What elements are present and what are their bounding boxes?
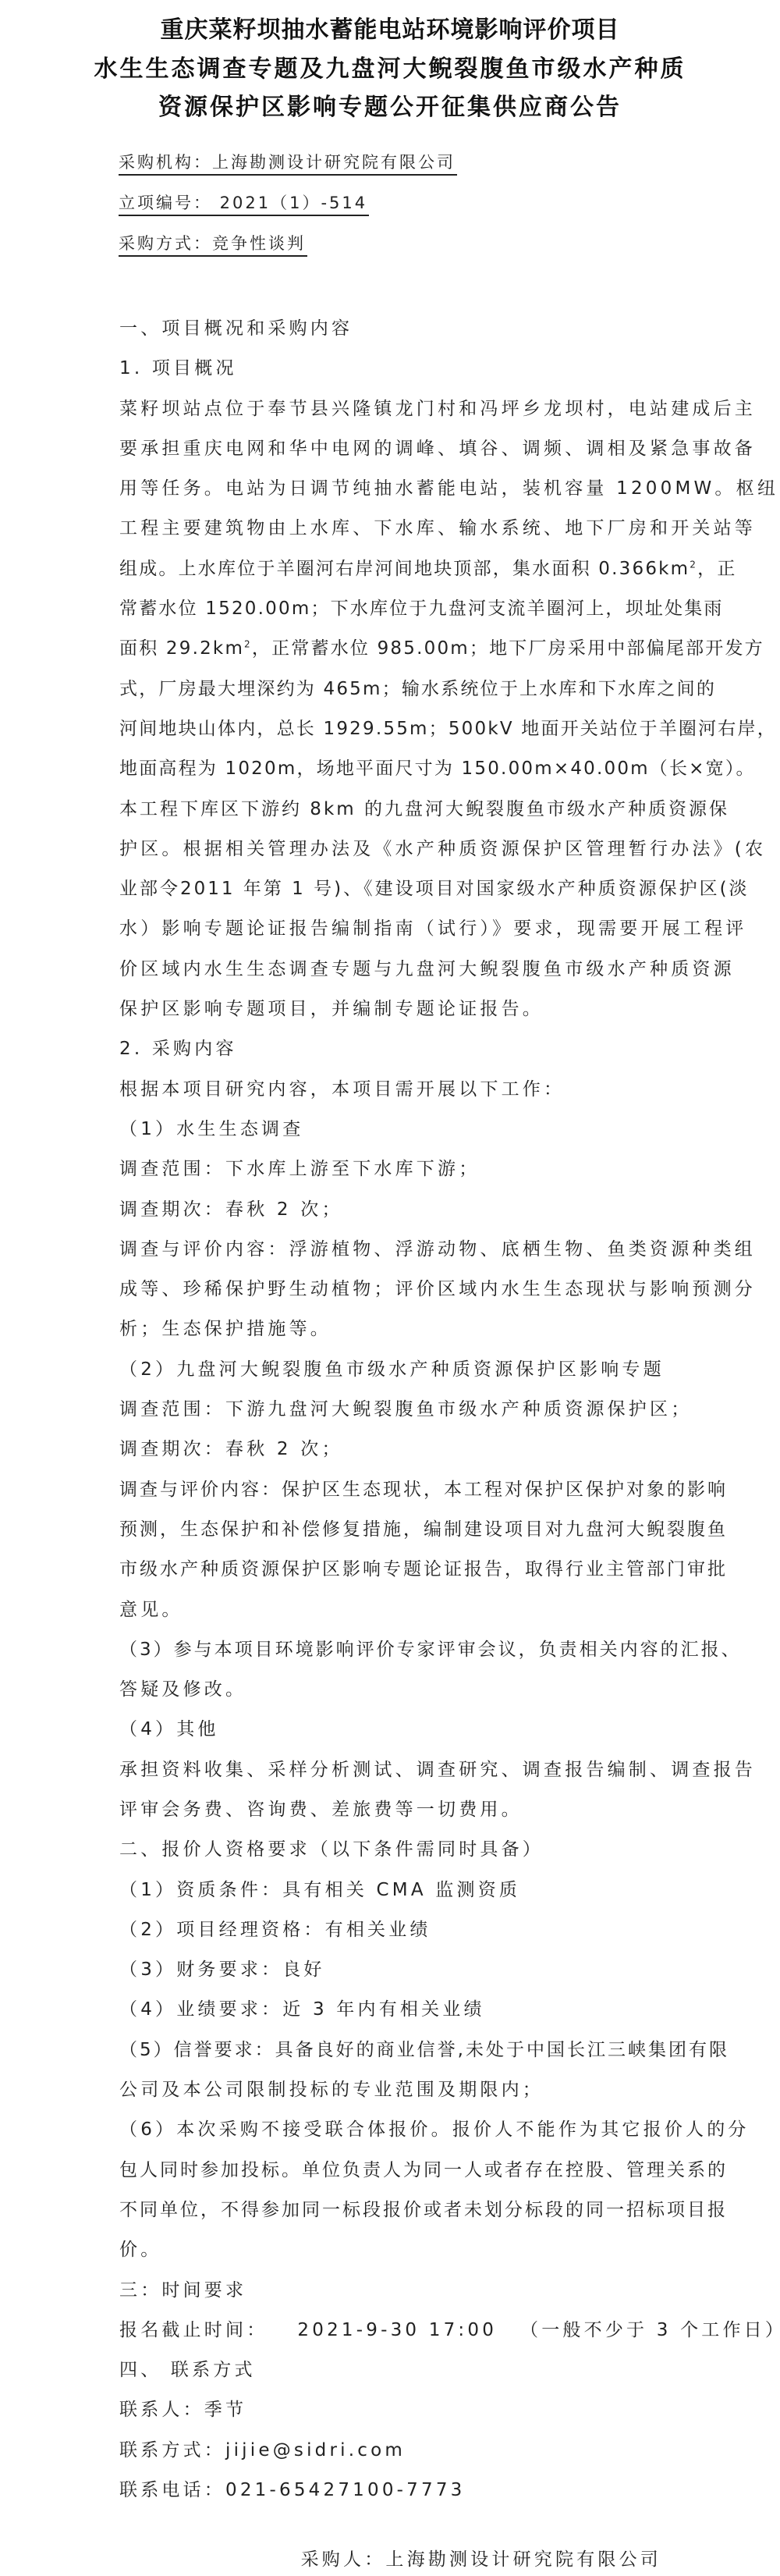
qualification-item6-line: 价。: [119, 2230, 665, 2270]
overview-line: 业部令2011 年第 1 号)、《建设项目对国家级水产种质资源保护区(淡: [119, 869, 665, 909]
item1-heading: （1）水生生态调查: [119, 1110, 665, 1149]
item3-line: （3）参与本项目环境影响评价专家评审会议，负责相关内容的汇报、: [119, 1630, 665, 1670]
qualification-item6-line: （6）本次采购不接受联合体报价。报价人不能作为其它报价人的分: [119, 2110, 665, 2150]
overview-line: 面积 29.2km2，正常蓄水位 985.00m；地下厂房采用中部偏尾部开发方: [119, 629, 665, 669]
title-line-1: 重庆菜籽坝抽水蓄能电站环境影响评价项目: [0, 11, 780, 50]
overview-line: 常蓄水位 1520.00m；下水库位于九盘河支流羊圈河上，坝址处集雨: [119, 589, 665, 629]
superscript-2: 2: [244, 639, 252, 650]
contact-person: 联系人：季节: [119, 2390, 665, 2430]
overview-line: 水）影响专题论证报告编制指南（试行）》要求，现需要开展工程评: [119, 909, 665, 949]
overview-line: 用等任务。电站为日调节纯抽水蓄能电站，装机容量 1200MW。枢纽: [119, 469, 665, 509]
item2-heading: （2）九盘河大鲵裂腹鱼市级水产种质资源保护区影响专题: [119, 1350, 665, 1390]
overview-line: 护区。根据相关管理办法及《水产种质资源保护区管理暂行办法》(农: [119, 830, 665, 869]
title-line-3: 资源保护区影响专题公开征集供应商公告: [0, 88, 780, 126]
subheading-project-overview: 1. 项目概况: [119, 349, 665, 389]
item1-content-line: 调查与评价内容：浮游植物、浮游动物、底栖生物、鱼类资源种类组: [119, 1230, 665, 1270]
announcement-page: 重庆菜籽坝抽水蓄能电站环境影响评价项目 水生生态调查专题及九盘河大鲵裂腹鱼市级水…: [0, 0, 780, 2576]
procurement-method-field: 采购方式：竞争性谈判: [119, 232, 307, 257]
item2-period: 调查期次：春秋 2 次；: [119, 1430, 665, 1469]
qualification-item5-line: （5）信誉要求：具备良好的商业信誉,未处于中国长江三峡集团有限: [119, 2031, 665, 2070]
item1-content-line: 析；生态保护措施等。: [119, 1309, 665, 1349]
deadline-note: （一般不少于 3 个工作日）: [520, 2320, 780, 2340]
deadline-value: 2021-9-30 17:00: [297, 2320, 497, 2340]
overview-line: 式，厂房最大埋深约为 465m；输水系统位于上水库和下水库之间的: [119, 670, 665, 709]
title-line-2: 水生生态调查专题及九盘河大鲵裂腹鱼市级水产种质: [0, 50, 780, 88]
section-heading-time: 三：时间要求: [119, 2271, 665, 2311]
qualification-item5-line: 公司及本公司限制投标的专业范围及期限内；: [119, 2070, 665, 2110]
overview-line: 保护区影响专题项目，并编制专题论证报告。: [119, 990, 665, 1029]
item2-scope: 调查范围：下游九盘河大鲵裂腹鱼市级水产种质资源保护区；: [119, 1390, 665, 1430]
item1-scope: 调查范围：下水库上游至下水库下游；: [119, 1149, 665, 1189]
subheading-procurement-content: 2. 采购内容: [119, 1029, 665, 1069]
overview-line: 组成。上水库位于羊圈河右岸河间地块顶部，集水面积 0.366km2，正: [119, 549, 665, 589]
section-heading-overview: 一、项目概况和采购内容: [119, 309, 665, 349]
qualification-item: （1）资质条件：具有相关 CMA 监测资质: [119, 1871, 665, 1910]
qualification-item6-line: 不同单位，不得参加同一标段报价或者未划分标段的同一招标项目报: [119, 2190, 665, 2230]
item2-content-line: 意见。: [119, 1590, 665, 1630]
qualification-item: （3）财务要求：良好: [119, 1950, 665, 1990]
item4-heading: （4）其他: [119, 1710, 665, 1750]
item2-content-line: 预测，生态保护和补偿修复措施，编制建设项目对九盘河大鲵裂腹鱼: [119, 1510, 665, 1550]
purchaser-field: 采购机构：上海勘测设计研究院有限公司: [119, 151, 457, 176]
project-number-field: 立项编号： 2021（1）-514: [119, 191, 369, 216]
item4-content-line: 承担资料收集、采样分析测试、调查研究、调查报告编制、调查报告: [119, 1750, 665, 1790]
section-heading-qualifications: 二、报价人资格要求（以下条件需同时具备）: [119, 1830, 665, 1870]
overview-line: 要承担重庆电网和华中电网的调峰、填谷、调频、调相及紧急事故备: [119, 429, 665, 469]
superscript-2: 2: [690, 559, 697, 570]
contact-email[interactable]: 联系方式：jijie@sidri.com: [119, 2431, 665, 2471]
overview-line: 本工程下库区下游约 8km 的九盘河大鲵裂腹鱼市级水产种质资源保: [119, 790, 665, 830]
item1-content-line: 成等、珍稀保护野生动植物；评价区域内水生生态现状与影响预测分: [119, 1270, 665, 1309]
overview-line: 工程主要建筑物由上水库、下水库、输水系统、地下厂房和开关站等: [119, 509, 665, 549]
qualification-item6-line: 包人同时参加投标。单位负责人为同一人或者存在控股、管理关系的: [119, 2151, 665, 2190]
item3-line: 答疑及修改。: [119, 1670, 665, 1710]
deadline-row: 报名截止时间：2021-9-30 17:00（一般不少于 3 个工作日）: [119, 2311, 665, 2350]
overview-line: 河间地块山体内，总长 1929.55m；500kV 地面开关站位于羊圈河右岸，: [119, 709, 665, 749]
item2-content-line: 调查与评价内容：保护区生态现状，本工程对保护区保护对象的影响: [119, 1470, 665, 1510]
document-title: 重庆菜籽坝抽水蓄能电站环境影响评价项目 水生生态调查专题及九盘河大鲵裂腹鱼市级水…: [0, 11, 780, 126]
section-heading-contact: 四、 联系方式: [119, 2350, 665, 2390]
qualification-item: （2）项目经理资格：有相关业绩: [119, 1910, 665, 1950]
deadline-label: 报名截止时间：: [119, 2320, 268, 2340]
item4-content-line: 评审会务费、咨询费、差旅费等一切费用。: [119, 1790, 665, 1830]
signature-purchaser: 采购人：上海勘测设计研究院有限公司: [301, 2546, 661, 2574]
procurement-intro: 根据本项目研究内容，本项目需开展以下工作：: [119, 1070, 665, 1110]
item1-period: 调查期次：春秋 2 次；: [119, 1190, 665, 1230]
qualification-item: （4）业绩要求：近 3 年内有相关业绩: [119, 1990, 665, 2030]
contact-phone: 联系电话：021-65427100-7773: [119, 2471, 665, 2510]
procurement-meta: 采购机构：上海勘测设计研究院有限公司 立项编号： 2021（1）-514 采购方…: [119, 151, 457, 272]
overview-line: 价区域内水生生态调查专题与九盘河大鲵裂腹鱼市级水产种质资源: [119, 950, 665, 990]
item2-content-line: 市级水产种质资源保护区影响专题论证报告，取得行业主管部门审批: [119, 1550, 665, 1590]
announcement-body: 一、项目概况和采购内容 1. 项目概况 菜籽坝站点位于奉节县兴隆镇龙门村和冯坪乡…: [119, 309, 665, 2510]
overview-line: 地面高程为 1020m，场地平面尺寸为 150.00m×40.00m（长×宽）。: [119, 749, 665, 789]
overview-line: 菜籽坝站点位于奉节县兴隆镇龙门村和冯坪乡龙坝村，电站建成后主: [119, 389, 665, 429]
